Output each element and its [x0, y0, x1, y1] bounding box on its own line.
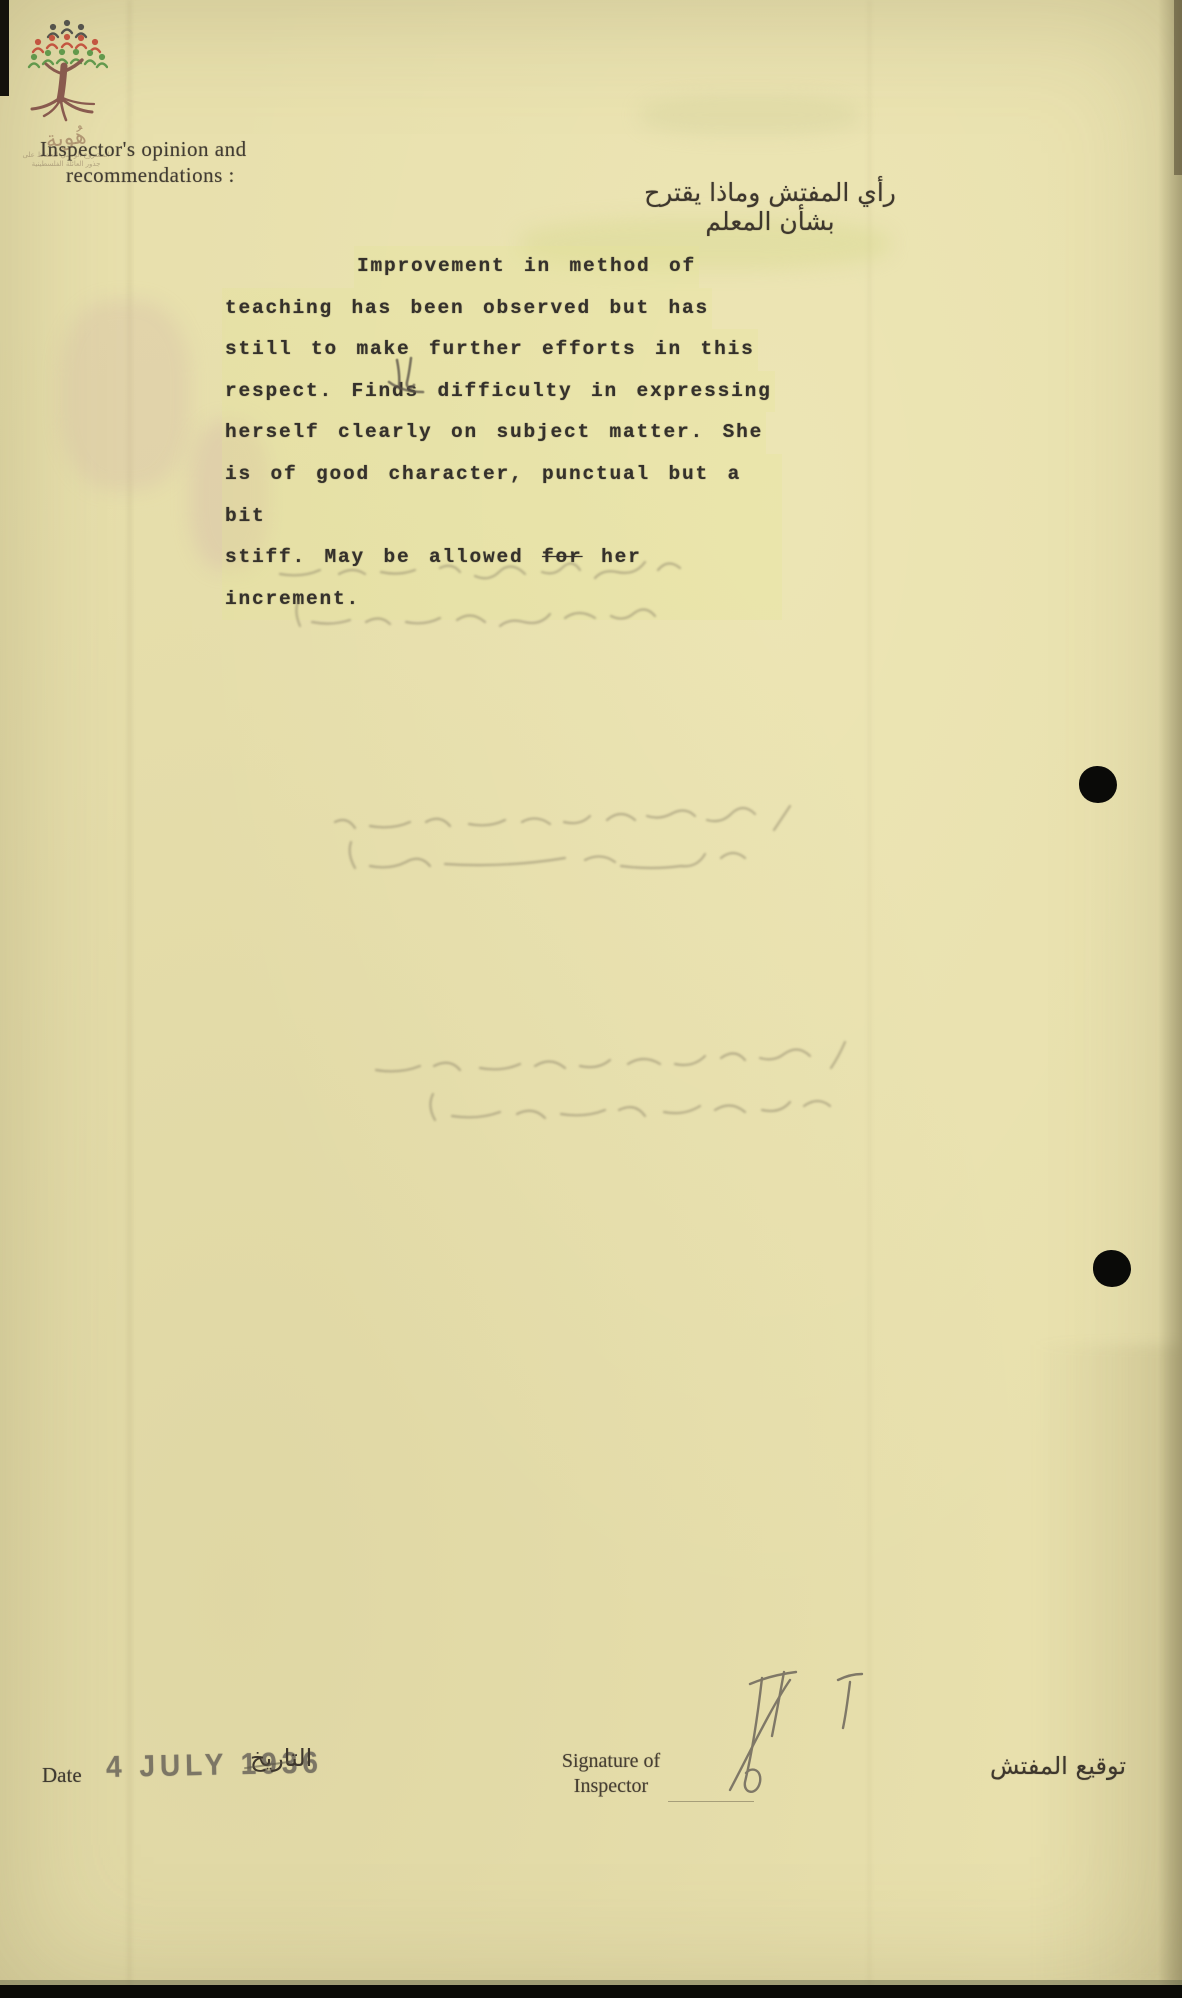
signature-of-inspector-label: Signature of Inspector	[536, 1749, 686, 1799]
inspectors-opinion-label-line2: recommendations :	[66, 162, 247, 188]
typed-line: still to make further efforts in this	[222, 329, 758, 371]
typed-line: Improvement in method of	[354, 246, 699, 288]
tree-of-people-icon	[24, 16, 108, 128]
typed-line: teaching has been observed but has	[222, 288, 712, 330]
hole-punch-bottom	[1093, 1250, 1131, 1287]
paper-stain	[60, 300, 190, 490]
typed-line: respect. Finds difficulty in expressing	[222, 371, 775, 413]
date-label-arabic: التاريخ	[250, 1744, 312, 1772]
scanned-document-page: هُوية المشروع الوطني للحفاظ على جذور الع…	[0, 0, 1182, 1998]
pencil-insertion-mark	[383, 352, 433, 405]
inspectors-opinion-label-arabic: رأي المفتش وماذا يقترح بشأن المعلم	[630, 178, 910, 236]
signature-label-arabic: توقيع المفتش	[990, 1752, 1126, 1780]
inspectors-opinion-label: Inspector's opinion and recommendations …	[40, 136, 247, 188]
typed-line: is of good character, punctual but a bit	[222, 454, 782, 537]
signature-label-line2: Inspector	[536, 1774, 686, 1799]
pencil-annotation-block-3	[290, 1028, 860, 1133]
scan-edge-top-right	[1174, 0, 1182, 175]
pencil-annotation-block-1	[225, 540, 695, 650]
typed-line: herself clearly on subject matter. She	[222, 412, 766, 454]
hole-punch-top	[1079, 766, 1117, 803]
inspectors-opinion-label-line1: Inspector's opinion and	[40, 136, 247, 162]
date-label: Date	[42, 1763, 82, 1788]
scan-edge-right	[1158, 0, 1182, 1998]
inspector-signature-handwriting	[700, 1658, 910, 1813]
signature-label-line1: Signature of	[536, 1749, 686, 1774]
scan-edge-bottom	[0, 1985, 1182, 1998]
pencil-annotation-block-2	[265, 786, 805, 886]
scan-edge-top-left	[0, 0, 9, 96]
ink-bleedthrough-smudge	[640, 95, 860, 135]
